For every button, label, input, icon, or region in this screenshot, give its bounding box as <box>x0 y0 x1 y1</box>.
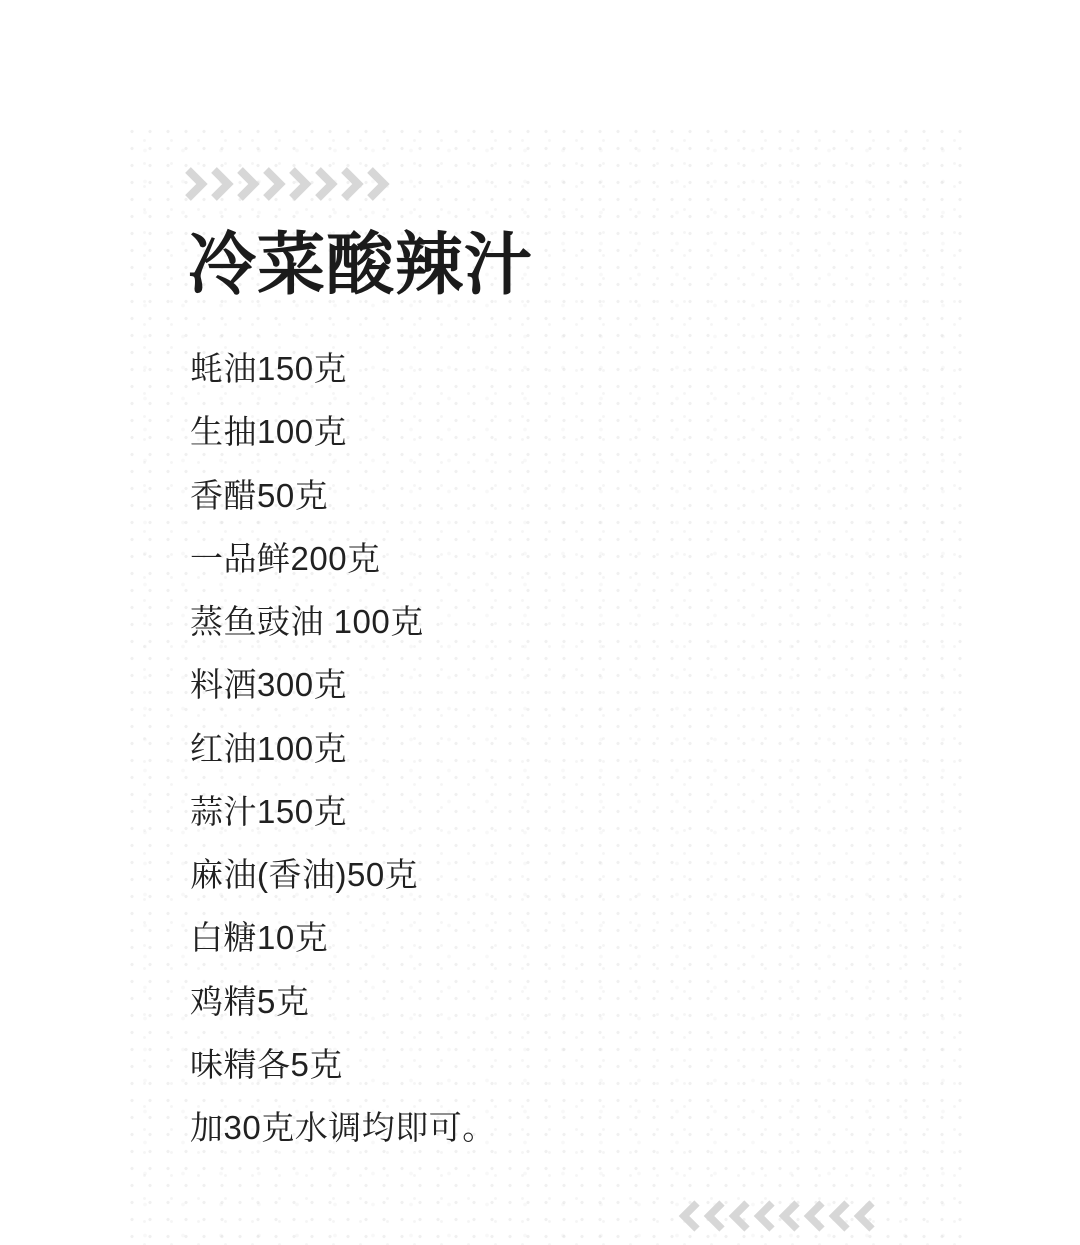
ingredient-line: 麻油(香油)50克 <box>190 843 496 906</box>
ingredient-line: 鸡精5克 <box>190 970 496 1033</box>
ingredient-line: 蒸鱼豉油 100克 <box>190 590 496 653</box>
ingredient-list: 蚝油150克 生抽100克 香醋50克 一品鲜200克 蒸鱼豉油 100克 料酒… <box>190 337 496 1159</box>
chevron-right-icon <box>182 165 208 203</box>
chevron-left-icon <box>703 1199 728 1233</box>
ingredient-line: 加30克水调均即可。 <box>190 1096 496 1159</box>
bottom-chevrons <box>678 1199 878 1233</box>
ingredient-line: 料酒300克 <box>190 653 496 716</box>
chevron-left-icon <box>678 1199 703 1233</box>
chevron-left-icon <box>853 1199 878 1233</box>
ingredient-line: 香醋50克 <box>190 464 496 527</box>
chevron-left-icon <box>728 1199 753 1233</box>
chevron-right-icon <box>208 165 234 203</box>
chevron-right-icon <box>260 165 286 203</box>
ingredient-line: 蚝油150克 <box>190 337 496 400</box>
chevron-right-icon <box>234 165 260 203</box>
chevron-left-icon <box>778 1199 803 1233</box>
ingredient-line: 白糖10克 <box>190 906 496 969</box>
chevron-right-icon <box>364 165 390 203</box>
chevron-right-icon <box>338 165 364 203</box>
chevron-right-icon <box>286 165 312 203</box>
chevron-left-icon <box>753 1199 778 1233</box>
chevron-left-icon <box>828 1199 853 1233</box>
recipe-title: 冷菜酸辣汁 <box>188 222 533 308</box>
ingredient-line: 生抽100克 <box>190 400 496 463</box>
ingredient-line: 一品鲜200克 <box>190 527 496 590</box>
top-chevrons <box>182 165 390 203</box>
ingredient-line: 红油100克 <box>190 717 496 780</box>
recipe-card: 冷菜酸辣汁 蚝油150克 生抽100克 香醋50克 一品鲜200克 蒸鱼豉油 1… <box>0 0 1080 1245</box>
chevron-right-icon <box>312 165 338 203</box>
chevron-left-icon <box>803 1199 828 1233</box>
ingredient-line: 蒜汁150克 <box>190 780 496 843</box>
ingredient-line: 味精各5克 <box>190 1033 496 1096</box>
